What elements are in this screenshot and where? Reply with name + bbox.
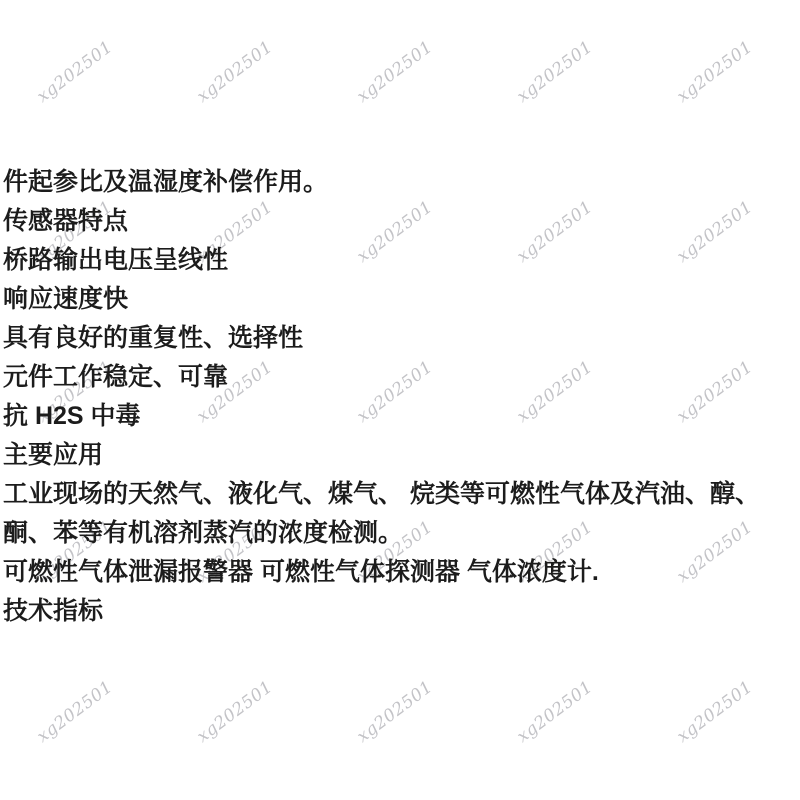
- watermark-text: xg202501: [193, 37, 276, 107]
- text-line-applications-2: 酮、苯等有机溶剂蒸汽的浓度检测。: [3, 514, 795, 553]
- watermark-text: xg202501: [673, 37, 756, 107]
- text-line-h2s-resistance: 抗 H2S 中毒: [3, 397, 795, 436]
- watermark-text: xg202501: [353, 677, 436, 747]
- watermark-text: xg202501: [33, 677, 116, 747]
- watermark-text: xg202501: [673, 677, 756, 747]
- text-line-main-applications-heading: 主要应用: [3, 436, 795, 475]
- watermark-text: xg202501: [513, 677, 596, 747]
- document-page: xg202501xg202501xg202501xg202501xg202501…: [0, 0, 800, 800]
- text-line-technical-specs-heading: 技术指标: [3, 592, 795, 631]
- watermark-text: xg202501: [353, 37, 436, 107]
- document-text-block: 件起参比及温湿度补偿作用。 传感器特点 桥路输出电压呈线性 响应速度快 具有良好…: [3, 163, 795, 631]
- text-line-bridge-output: 桥路输出电压呈线性: [3, 241, 795, 280]
- watermark-text: xg202501: [513, 37, 596, 107]
- text-line-response-speed: 响应速度快: [3, 280, 795, 319]
- watermark-text: xg202501: [193, 677, 276, 747]
- text-line-repeatability: 具有良好的重复性、选择性: [3, 319, 795, 358]
- watermark-text: xg202501: [33, 37, 116, 107]
- text-line-stability: 元件工作稳定、可靠: [3, 358, 795, 397]
- text-line-sensor-features-heading: 传感器特点: [3, 202, 795, 241]
- text-line-detector-types: 可燃性气体泄漏报警器 可燃性气体探测器 气体浓度计.: [3, 553, 795, 592]
- text-line-applications-1: 工业现场的天然气、液化气、煤气、 烷类等可燃性气体及汽油、醇、: [3, 475, 795, 514]
- text-line-continuation: 件起参比及温湿度补偿作用。: [3, 163, 795, 202]
